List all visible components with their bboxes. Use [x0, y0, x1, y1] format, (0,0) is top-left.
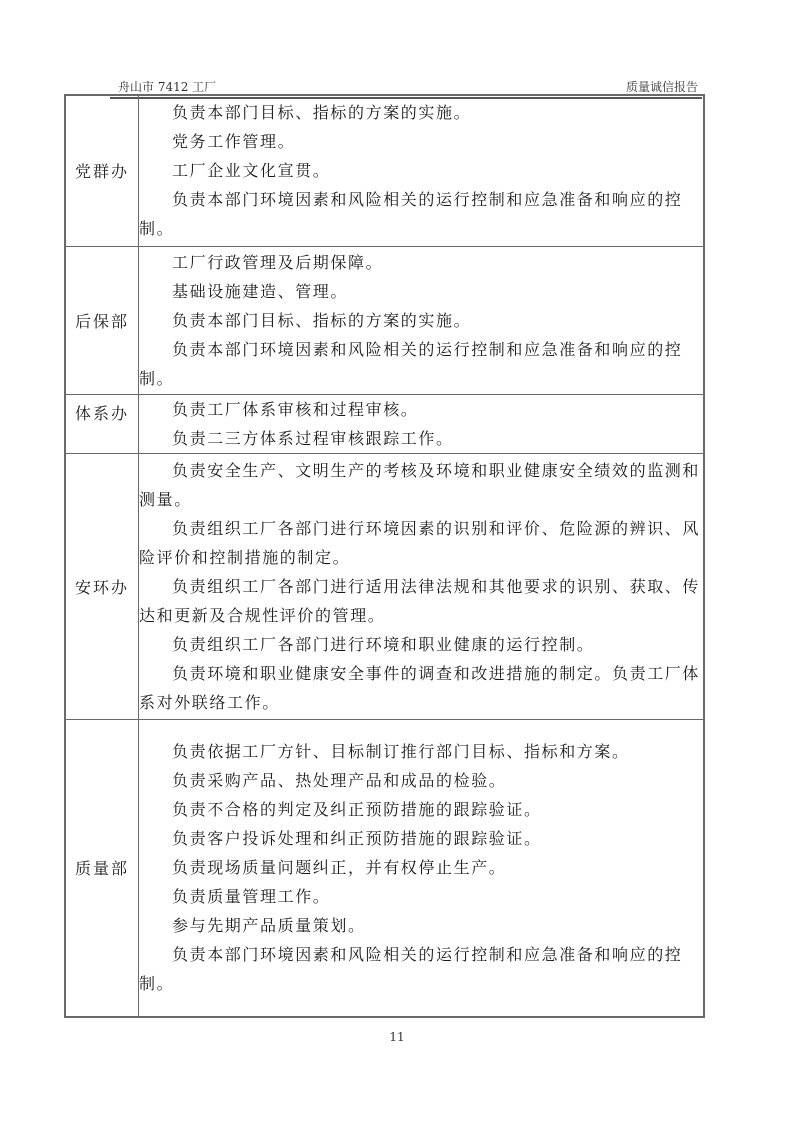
department-duties: 负责依据工厂方针、目标制订推行部门目标、指标和方案。 负责采购产品、热处理产品和…	[139, 719, 705, 1017]
duty-item: 负责依据工厂方针、目标制订推行部门目标、指标和方案。	[139, 737, 703, 766]
duty-item: 负责客户投诉处理和纠正预防措施的跟踪验证。	[139, 824, 703, 853]
duty-item: 负责本部门目标、指标的方案的实施。	[139, 306, 703, 335]
duty-item: 负责本部门环境因素和风险相关的运行控制和应急准备和响应的控制。	[139, 940, 703, 998]
header-report-title: 质量诚信报告	[626, 78, 698, 95]
duty-item: 党务工作管理。	[139, 127, 703, 156]
duty-item: 负责组织工厂各部门进行环境因素的识别和评价、危险源的辨识、风险评价和控制措施的制…	[139, 514, 703, 572]
duty-item: 负责现场质量问题纠正，并有权停止生产。	[139, 853, 703, 882]
duty-item: 负责组织工厂各部门进行环境和职业健康的运行控制。	[139, 630, 703, 659]
table-row: 安环办 负责安全生产、文明生产的考核及环境和职业健康安全绩效的监测和测量。 负责…	[65, 453, 704, 719]
department-name: 安环办	[65, 453, 139, 719]
duty-item: 工厂行政管理及后期保障。	[139, 248, 703, 277]
duty-item: 负责二三方体系过程审核跟踪工作。	[139, 424, 703, 453]
department-duty-table: 党群办 负责本部门目标、指标的方案的实施。 党务工作管理。 工厂企业文化宣贯。 …	[64, 94, 705, 1018]
duty-item: 负责不合格的判定及纠正预防措施的跟踪验证。	[139, 795, 703, 824]
page-number: 11	[0, 1030, 794, 1044]
duty-item: 负责本部门目标、指标的方案的实施。	[139, 98, 703, 127]
duty-item: 负责采购产品、热处理产品和成品的检验。	[139, 766, 703, 795]
duty-item: 负责安全生产、文明生产的考核及环境和职业健康安全绩效的监测和测量。	[139, 456, 703, 514]
department-duties: 负责本部门目标、指标的方案的实施。 党务工作管理。 工厂企业文化宣贯。 负责本部…	[139, 95, 705, 246]
table-row: 体系办 负责工厂体系审核和过程审核。 负责二三方体系过程审核跟踪工作。	[65, 394, 704, 453]
duty-item: 基础设施建造、管理。	[139, 277, 703, 306]
table-row: 后保部 工厂行政管理及后期保障。 基础设施建造、管理。 负责本部门目标、指标的方…	[65, 246, 704, 394]
duty-item: 参与先期产品质量策划。	[139, 911, 703, 940]
department-name: 后保部	[65, 246, 139, 394]
department-duties: 负责安全生产、文明生产的考核及环境和职业健康安全绩效的监测和测量。 负责组织工厂…	[139, 453, 705, 719]
duty-item: 负责工厂体系审核和过程审核。	[139, 395, 703, 424]
duty-item: 负责本部门环境因素和风险相关的运行控制和应急准备和响应的控制。	[139, 185, 703, 243]
department-name: 体系办	[65, 394, 139, 453]
duty-item: 负责组织工厂各部门进行适用法律法规和其他要求的识别、获取、传达和更新及合规性评价…	[139, 572, 703, 630]
table-row: 质量部 负责依据工厂方针、目标制订推行部门目标、指标和方案。 负责采购产品、热处…	[65, 719, 704, 1017]
department-name: 党群办	[65, 95, 139, 246]
header-company-name: 舟山市 7412 工厂	[118, 78, 216, 95]
department-name: 质量部	[65, 719, 139, 1017]
duty-item: 负责本部门环境因素和风险相关的运行控制和应急准备和响应的控制。	[139, 335, 703, 393]
duty-item: 负责环境和职业健康安全事件的调查和改进措施的制定。负责工厂体系对外联络工作。	[139, 659, 703, 717]
table-row: 党群办 负责本部门目标、指标的方案的实施。 党务工作管理。 工厂企业文化宣贯。 …	[65, 95, 704, 246]
duty-item: 负责质量管理工作。	[139, 882, 703, 911]
duty-item: 工厂企业文化宣贯。	[139, 156, 703, 185]
department-duties: 负责工厂体系审核和过程审核。 负责二三方体系过程审核跟踪工作。	[139, 394, 705, 453]
department-duties: 工厂行政管理及后期保障。 基础设施建造、管理。 负责本部门目标、指标的方案的实施…	[139, 246, 705, 394]
